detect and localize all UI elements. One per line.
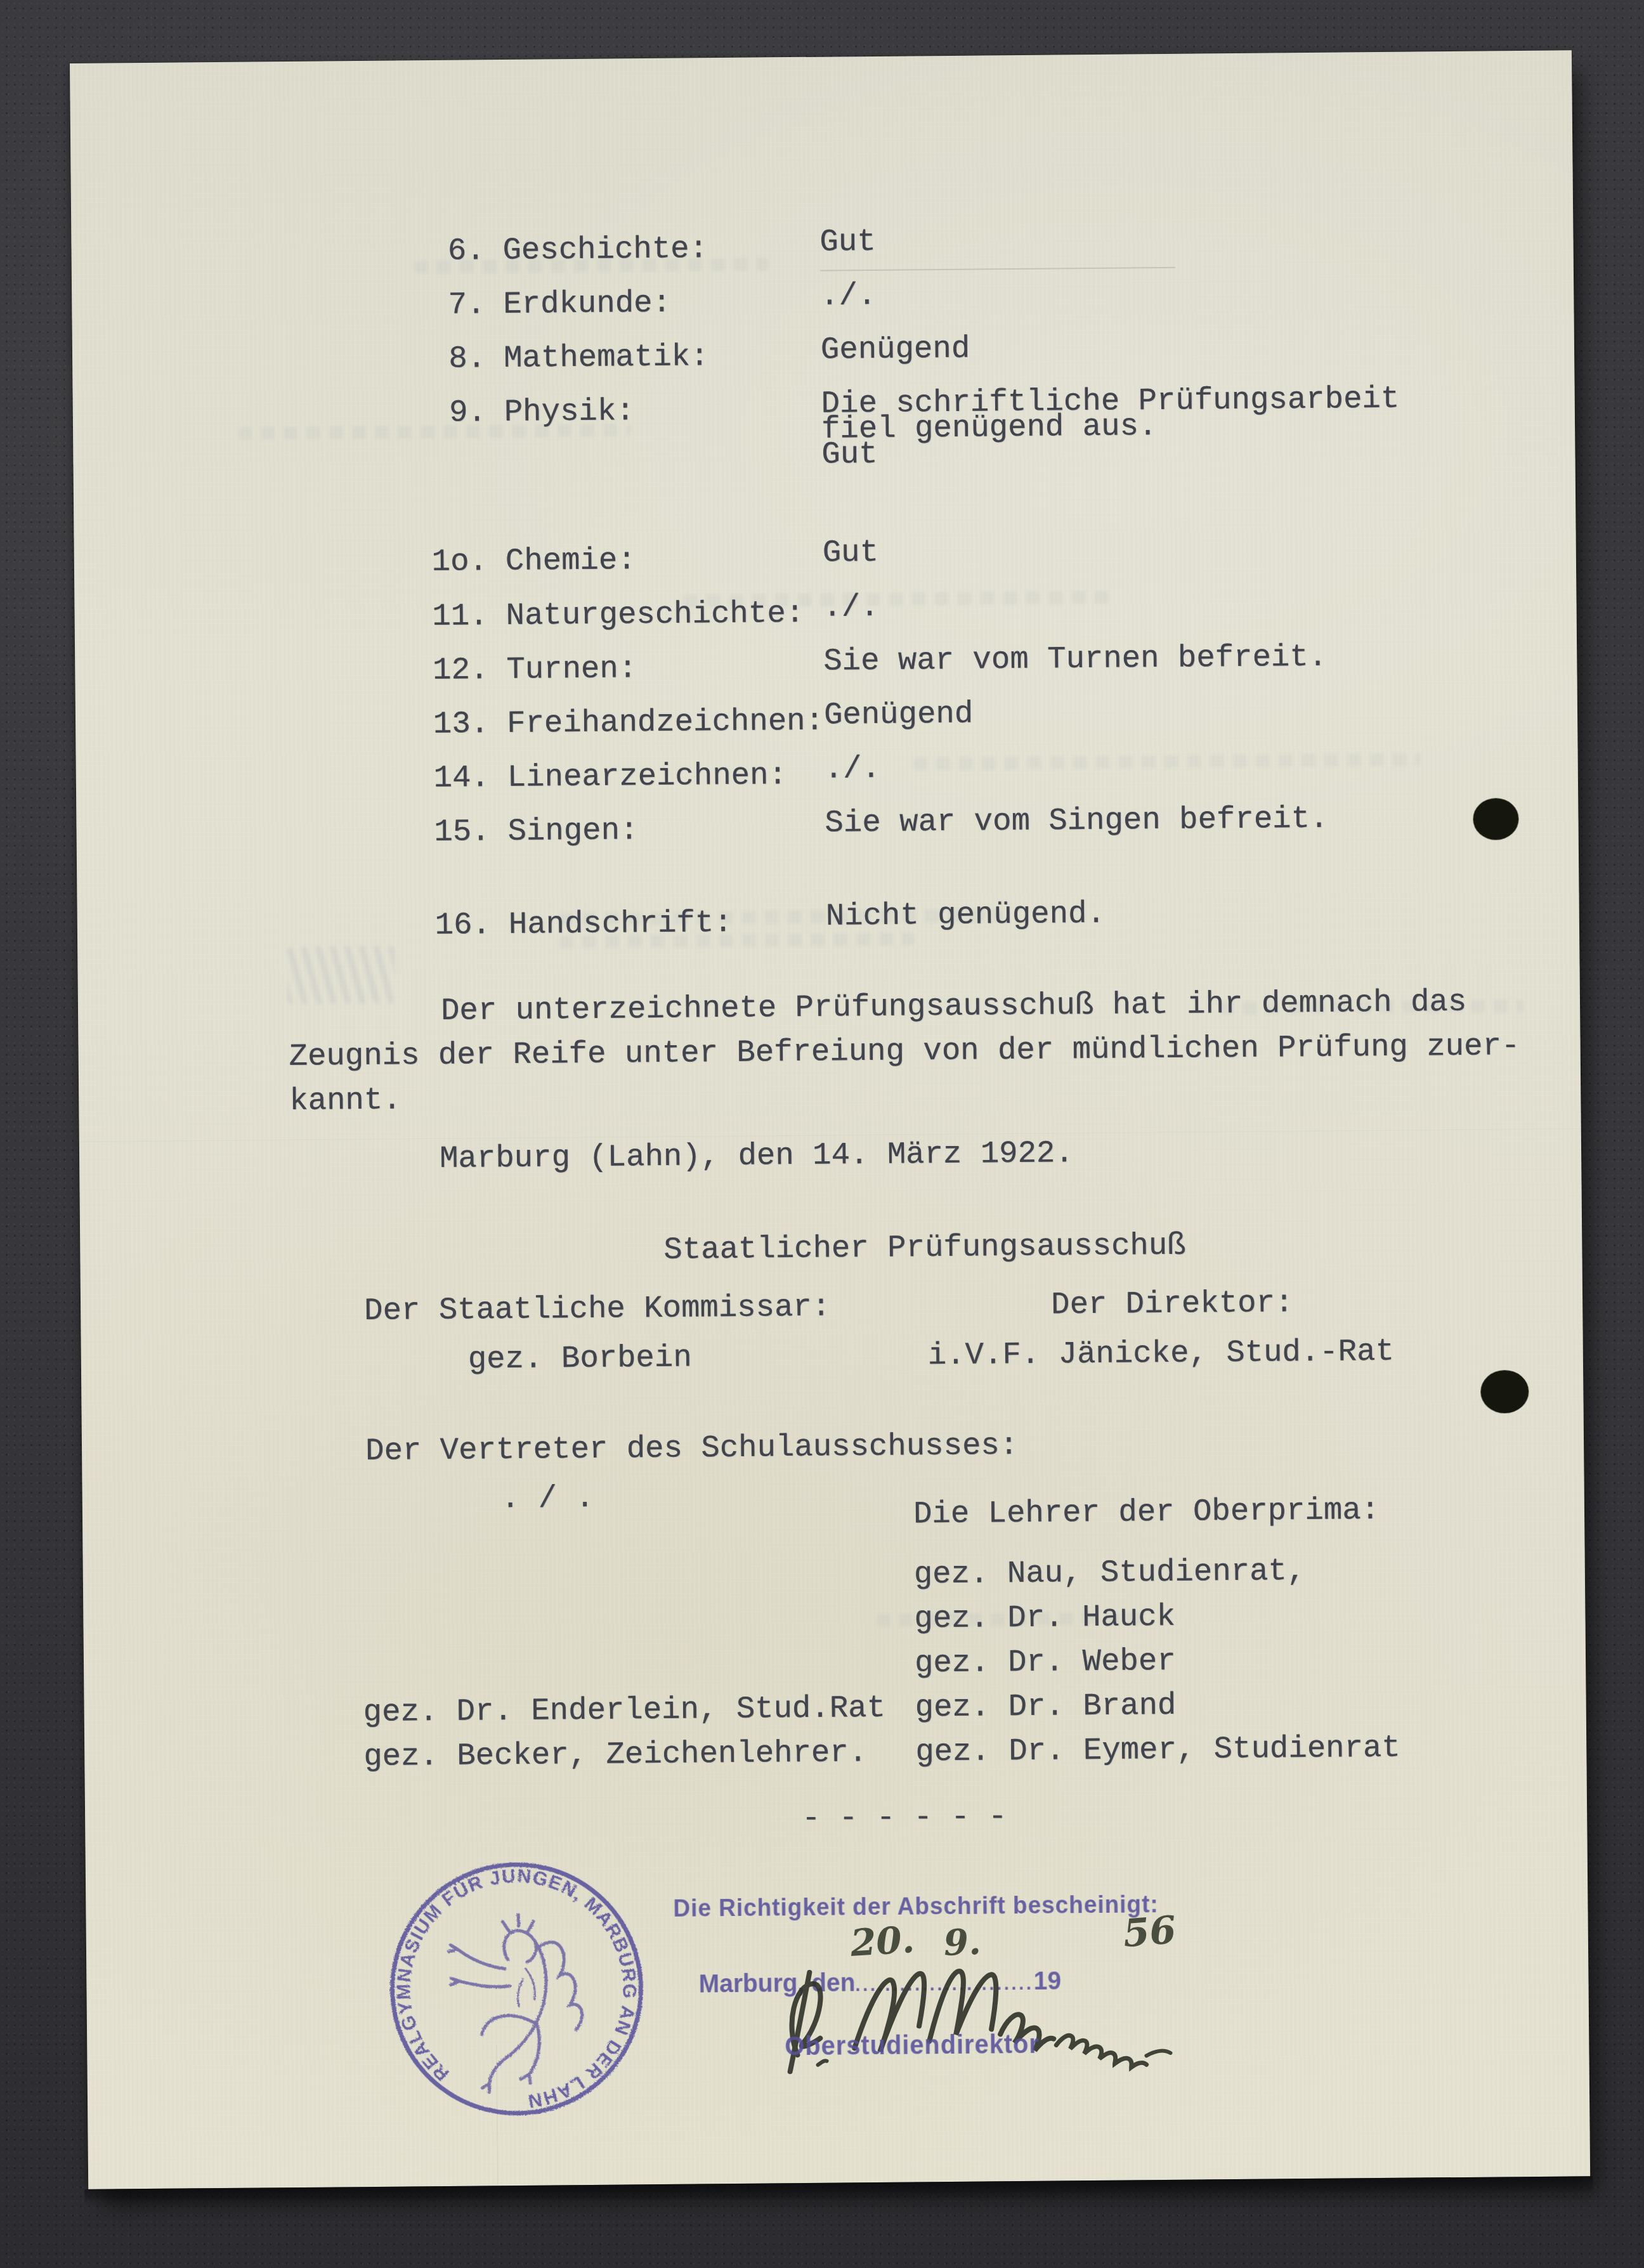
stamp-ring bbox=[377, 1849, 656, 2128]
subject-grade-line: Gut bbox=[819, 229, 876, 255]
committee-heading: Staatlicher Prüfungsausschuß bbox=[663, 1227, 1186, 1268]
subject-number: 6. bbox=[414, 232, 485, 270]
subject-name: Chemie: bbox=[506, 542, 636, 580]
grade-row: 9.Physik:Die schriftliche Prüfungsarbeit… bbox=[73, 384, 1575, 436]
bleed-through-ghost bbox=[287, 936, 395, 1014]
kommissar-label: Der Staatliche Kommissar: bbox=[364, 1289, 831, 1329]
dateline: Marburg (Lahn), den 14. März 1922. bbox=[440, 1135, 1074, 1177]
school-round-stamp: REALGYMNASIUM FÜR JUNGEN, MARBURG AN DER… bbox=[367, 1839, 666, 2138]
subject-grade: Nicht genügend. bbox=[826, 901, 1106, 929]
kommissar-signature: gez. Borbein bbox=[468, 1339, 692, 1378]
subject-number: 14. bbox=[419, 759, 490, 797]
subject-grade-line: Sie war vom Turnen befreit. bbox=[823, 644, 1327, 674]
punch-hole bbox=[1480, 1370, 1529, 1414]
subject-number: 7. bbox=[414, 286, 486, 323]
subject-grade: ./. bbox=[820, 283, 877, 309]
subject-number: 1o. bbox=[417, 543, 488, 580]
subject-grade: ./. bbox=[825, 756, 881, 782]
grade-row: 14.Linearzeichnen:./. bbox=[76, 750, 1578, 801]
signature-scrawl bbox=[759, 1943, 1217, 2087]
teacher-signature: gez. Dr. Hauck bbox=[914, 1598, 1175, 1638]
direktor-signature: i.V.F. Jänicke, Stud.-Rat bbox=[928, 1333, 1395, 1374]
subject-name: Erdkunde: bbox=[503, 285, 671, 323]
subject-number: 9. bbox=[415, 394, 487, 431]
grade-row: 11.Naturgeschichte:./. bbox=[74, 588, 1576, 639]
grade-row: 7.Erdkunde:./. bbox=[72, 277, 1574, 328]
subject-grade-line: ./. bbox=[823, 594, 879, 620]
direktor-label: Der Direktor: bbox=[1051, 1284, 1294, 1323]
subject-number: 15. bbox=[419, 813, 490, 850]
teacher-signature: gez. Dr. Eymer, Studienrat bbox=[915, 1730, 1400, 1771]
teacher-signature: gez. Nau, Studienrat, bbox=[914, 1553, 1306, 1593]
grade-row: 1o.Chemie:Gut bbox=[74, 533, 1576, 585]
subject-grade-line: Sie war vom Singen befreit. bbox=[825, 806, 1328, 836]
grade-row: 13.Freihandzeichnen:Genügend bbox=[75, 696, 1577, 747]
subject-number: 12. bbox=[417, 651, 489, 689]
subject-grade-line: Genügend bbox=[821, 336, 970, 363]
verdict-line: Zeugnis der Reife unter Befreiung von de… bbox=[289, 1027, 1520, 1075]
grade-list: 6.Geschichte:Gut7.Erdkunde:./.8.Mathemat… bbox=[70, 50, 1572, 63]
punch-hole bbox=[1473, 798, 1519, 840]
grade-row: 6.Geschichte:Gut bbox=[71, 223, 1573, 274]
grade-row: 15.Singen:Sie war vom Singen befreit. bbox=[76, 804, 1578, 855]
subject-number: 16. bbox=[420, 906, 492, 944]
subject-name: Turnen: bbox=[506, 650, 637, 688]
certification-line: Die Richtigkeit der Abschrift bescheinig… bbox=[673, 1891, 1159, 1923]
subject-name: Freihandzeichnen: bbox=[507, 703, 824, 742]
subject-name: Linearzeichnen: bbox=[507, 757, 788, 796]
subject-name: Singen: bbox=[507, 812, 638, 850]
subject-name: Geschichte: bbox=[502, 230, 708, 269]
subject-grade: Sie war vom Singen befreit. bbox=[825, 806, 1328, 836]
subject-name: Naturgeschichte: bbox=[506, 595, 804, 634]
teacher-signature: gez. Becker, Zeichenlehrer. bbox=[363, 1734, 867, 1775]
subject-grade: ./. bbox=[823, 594, 879, 620]
subject-grade-line: Genügend bbox=[824, 701, 974, 728]
grade-row: 12.Turnen:Sie war vom Turnen befreit. bbox=[75, 642, 1577, 693]
vertreter-signature: . / . bbox=[501, 1480, 595, 1517]
grade-row: 16.Handschrift:Nicht genügend. bbox=[77, 897, 1579, 948]
teacher-signature: gez. Dr. Weber bbox=[915, 1643, 1176, 1682]
subject-grade: Gut bbox=[823, 540, 879, 566]
subject-number: 8. bbox=[415, 340, 486, 377]
teacher-signature: gez. Dr. Brand bbox=[915, 1687, 1176, 1726]
subject-name: Physik: bbox=[504, 393, 635, 431]
teacher-signature: gez. Dr. Enderlein, Stud.Rat bbox=[363, 1690, 885, 1731]
grade-row: 8.Mathematik:Genügend bbox=[72, 330, 1574, 382]
verdict-line: Der unterzeichnete Prüfungsausschuß hat … bbox=[441, 984, 1467, 1029]
subject-grade-line: ./. bbox=[825, 756, 881, 782]
subject-grade: Die schriftliche Prüfungsarbeitfiel genü… bbox=[821, 386, 1400, 467]
verdict-line: kannt. bbox=[289, 1082, 401, 1120]
subject-number: 11. bbox=[417, 597, 488, 635]
bleed-through-underline bbox=[820, 267, 1175, 271]
certification-title: Oberstudiendirektor bbox=[785, 2029, 1040, 2062]
stamp-lion-icon bbox=[443, 1908, 590, 2095]
stamp-ring-text: REALGYMNASIUM FÜR JUNGEN, MARBURG AN DER… bbox=[379, 1851, 655, 2127]
lehrer-heading: Die Lehrer der Oberprima: bbox=[913, 1492, 1380, 1532]
subject-name: Mathematik: bbox=[504, 338, 709, 377]
subject-grade-line: ./. bbox=[820, 283, 877, 309]
subject-grade-line: Gut bbox=[823, 540, 879, 566]
separator-dashes: - - - - - - bbox=[802, 1798, 1007, 1837]
subject-name: Handschrift: bbox=[509, 904, 733, 943]
subject-grade: Genügend bbox=[824, 701, 974, 728]
subject-grade-line: Gut bbox=[821, 437, 1400, 467]
subject-grade: Gut bbox=[819, 229, 876, 255]
subject-grade: Sie war vom Turnen befreit. bbox=[823, 644, 1327, 674]
subject-grade: Genügend bbox=[821, 336, 970, 363]
subject-number: 13. bbox=[418, 705, 490, 743]
vertreter-label: Der Vertreter des Schulausschusses: bbox=[365, 1427, 1019, 1470]
subject-grade-line: Nicht genügend. bbox=[826, 901, 1106, 929]
document-page: 6.Geschichte:Gut7.Erdkunde:./.8.Mathemat… bbox=[70, 50, 1590, 2189]
